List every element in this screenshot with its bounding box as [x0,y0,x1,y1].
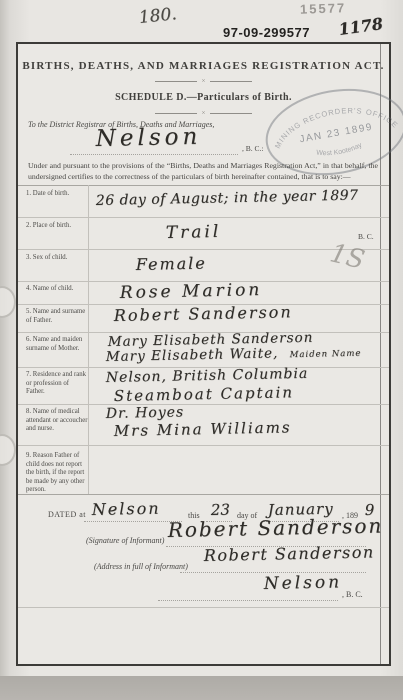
pencil-mark: 1S [327,238,368,275]
bc-suffix: , B. C. [342,590,363,599]
registration-stamp-dark: 97-09-299577 [223,25,310,40]
stamp-bottom-arc: West Kootenay [315,141,365,160]
row-label: 6. Name and maiden surname of Mother. [26,336,88,353]
ornament-bar [210,113,252,114]
page-number-handwritten: 180. [138,4,178,28]
ornament-bar [155,81,197,82]
address-value-handwritten: Robert Sanderson [204,542,375,565]
row-label: 2. Place of birth. [26,222,88,231]
dated-at-label: DATED at [48,510,86,519]
row-value-handwritten: Robert Sanderson [114,302,293,325]
document-frame: BIRTHS, DEATHS, AND MARRIAGES REGISTRATI… [16,42,391,666]
ornament-bar [155,113,197,114]
row-label: 9. Reason Father of child does not repor… [26,452,88,495]
row-separator [18,217,389,218]
stamp-date: JAN 23 1899 [299,122,374,146]
row-separator [18,445,389,446]
row-value-handwritten: Dr. Hoyes [106,404,185,422]
row-label: 3. Sex of child. [26,254,88,263]
row-value-handwritten: Steamboat Captain [114,383,295,405]
signature-label: (Signature of Informant) [86,536,164,545]
bc-printed: B. C. [358,232,374,241]
scanned-document-page: 180. 15577 97-09-299577 1178 BIRTHS, DEA… [0,0,403,700]
addressee-line [70,154,238,155]
row-value-handwritten: Trail [166,222,222,243]
svg-text:MINING RECORDER'S OFFICE: MINING RECORDER'S OFFICE [268,97,401,152]
ornament-x-icon: × [202,78,206,85]
row-label: 4. Name of child. [26,285,88,294]
row-value-handwritten: Female [136,254,207,274]
row-label: 7. Residence and rank or profession of F… [26,371,88,397]
row-separator [18,404,389,405]
address-label: (Address in full of Informant) [94,562,188,571]
column-divider [88,185,89,494]
row-label: 5. Name and surname of Father. [26,308,88,325]
ornament-x-icon: × [202,110,206,117]
addressee-value-handwritten: Nelson [95,124,201,152]
row-label: 8. Name of medical attendant or accouche… [26,408,88,434]
scan-background [0,676,403,700]
signature-value-handwritten: Robert Sanderson [167,513,383,542]
registration-stamp-light: 15577 [300,0,347,17]
act-title: BIRTHS, DEATHS, AND MARRIAGES REGISTRATI… [18,60,389,72]
addressee-bc: , B. C.: [242,144,263,153]
intro-paragraph: Under and pursuant to the provisions of … [28,160,378,182]
ornament-bar [210,81,252,82]
stamp-top-arc: MINING RECORDER'S OFFICE [268,97,401,152]
row-label: 1. Date of birth. [26,190,88,199]
row-value-handwritten: Mrs Mina Williams [114,418,292,440]
divider-ornament: × [18,78,389,85]
row-separator [18,185,389,186]
svg-text:West Kootenay: West Kootenay [315,141,365,160]
maiden-name-note: Maiden Name [290,349,362,361]
mother-maiden-name: Mary Elisabeth Waite, [106,345,279,365]
row-value-handwritten: Rose Marion [120,280,263,303]
place-line [158,600,338,601]
dated-place-handwritten: Nelson [92,499,161,519]
row-value-handwritten: 26 day of August; in the year 1897 [96,188,359,209]
bottom-rule [18,607,389,608]
address-place-handwritten: Nelson [264,572,343,594]
